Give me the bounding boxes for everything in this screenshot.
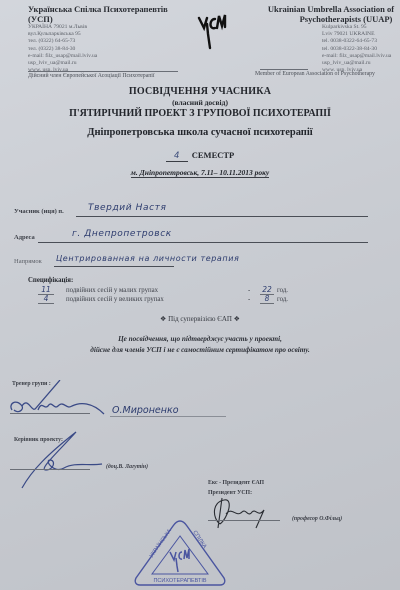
org-name-ua: Українська Спілка Психотерапевтів xyxy=(28,4,178,14)
trainer-name-line xyxy=(110,416,226,417)
hours-value: 8 xyxy=(260,294,274,304)
hours-unit: год. xyxy=(277,287,288,294)
participant-value: Твердий Настя xyxy=(88,203,167,213)
session-count: 4 xyxy=(38,294,54,304)
participant-label: Учасник (иця) п. xyxy=(14,208,64,215)
phone-line: тел. (0322) 64-65-73 xyxy=(28,38,178,45)
direction-field: Напрямок Центрированная на личности тера… xyxy=(14,258,370,265)
supervision-note: ❖ Під супервізією ЄАП ❖ xyxy=(0,315,400,323)
document-title: ПОСВІДЧЕННЯ УЧАСНИКА (власний досвід) П'… xyxy=(0,86,400,138)
membership-en: Member of European Association of Psycho… xyxy=(255,71,400,77)
address-field: Адреса г. Днепропетровск xyxy=(14,234,370,241)
semester: 4СЕМЕСТР xyxy=(0,150,400,162)
semester-number: 4 xyxy=(166,151,188,162)
phone-line: tel. 0038-0322-38-84-30 xyxy=(262,46,400,53)
note-line-2: дійсне для членів УСП і не є самостійним… xyxy=(0,345,400,356)
specification-label: Специфікація: xyxy=(28,277,73,284)
header-left-org: Українська Спілка Психотерапевтів (УСП) … xyxy=(28,4,178,74)
org-abbr-ua: (УСП) xyxy=(28,14,178,24)
address-line: Kulparkivska St. 95 xyxy=(262,24,400,31)
leader-line xyxy=(10,469,90,470)
address-line: УКРАЇНА 79021 м.Львів xyxy=(28,24,178,31)
session-desc: подвійних сесій у великих групах xyxy=(66,296,164,303)
dash: - xyxy=(248,287,250,294)
title-line-3: П'ЯТИРІЧНИЙ ПРОЕКТ З ГРУПОВОЇ ПСИХОТЕРАП… xyxy=(0,108,400,120)
stamp-text-bottom: ПСИХОТЕРАПЕВТІВ xyxy=(153,578,206,584)
school-name: Дніпропетровська школа сучасної психотер… xyxy=(0,127,400,138)
title-line-1: ПОСВІДЧЕННЯ УЧАСНИКА xyxy=(0,86,400,98)
dates-text: м. Дніпропетровськ, 7.11– 10.11.2013 рок… xyxy=(131,168,269,178)
phone-line: тел. (0322) 38-84-30 xyxy=(28,46,178,53)
direction-value: Центрированная на личности терапия xyxy=(56,254,239,263)
address-line xyxy=(38,242,368,243)
official-stamp: УКРАЇНСЬКА СПІЛКА ПСИХОТЕРАПЕВТІВ xyxy=(130,518,230,588)
dash: - xyxy=(248,296,250,303)
address-line: Lviv 79021 UKRAINE xyxy=(262,31,400,38)
direction-line xyxy=(54,266,174,267)
address-label: Адреса xyxy=(14,234,35,241)
president-name: (професор О.Фільц) xyxy=(292,516,342,522)
membership-ua: Дійсний член Європейської Асоціації Псих… xyxy=(28,71,178,79)
trainer-name: О.Мироненко xyxy=(112,405,179,416)
membership-en-text: Member of European Association of Psycho… xyxy=(255,71,375,77)
direction-label: Напрямок xyxy=(14,258,42,265)
stamp-triangle-icon: УКРАЇНСЬКА СПІЛКА ПСИХОТЕРАПЕВТІВ xyxy=(130,518,230,588)
org-name-en-2: Psychotherapists (UUAP) xyxy=(262,14,400,24)
usp-logo-icon xyxy=(196,10,228,50)
stamp-text-right: СПІЛКА xyxy=(191,530,207,550)
note-line-1: Це посвідчення, що підтверджує участь у … xyxy=(0,334,400,345)
participant-field: Учасник (иця) п. Твердий Настя xyxy=(14,208,370,215)
email-line: e-mail: filz_usap@mail.lviv.ua xyxy=(28,53,178,60)
session-desc: подвійних сесій у малих групах xyxy=(66,287,158,294)
president-label-1: Екс - Президент ЄАП xyxy=(208,480,264,486)
disclaimer-note: Це посвідчення, що підтверджує участь у … xyxy=(0,334,400,356)
title-line-2: (власний досвід) xyxy=(0,98,400,108)
leader-name: (доц.В. Лагутін) xyxy=(106,464,148,470)
email-line: e-mail: filz_usap@mail.lviv.ua xyxy=(262,53,400,60)
stamp-text-left: УКРАЇНСЬКА xyxy=(148,527,173,559)
address-value: г. Днепропетровск xyxy=(72,229,172,239)
email-line: usp_lviv_ua@mail.ru xyxy=(28,60,178,67)
leader-signature-icon xyxy=(18,430,108,490)
semester-label: СЕМЕСТР xyxy=(192,150,235,160)
phone-line: tel. 0038-0322-64-65-73 xyxy=(262,38,400,45)
trainer-line xyxy=(10,413,90,414)
email-line: usp_lviv_ua@mail.ru xyxy=(262,60,400,67)
org-name-en: Ukrainian Umbrella Association of xyxy=(262,4,400,14)
event-dates: м. Дніпропетровськ, 7.11– 10.11.2013 рок… xyxy=(0,168,400,177)
trainer-signature-icon xyxy=(8,380,108,430)
hours-unit: год. xyxy=(277,296,288,303)
divider xyxy=(260,69,308,70)
participant-line xyxy=(76,216,368,217)
header-right-org: Ukrainian Umbrella Association of Psycho… xyxy=(262,4,400,74)
